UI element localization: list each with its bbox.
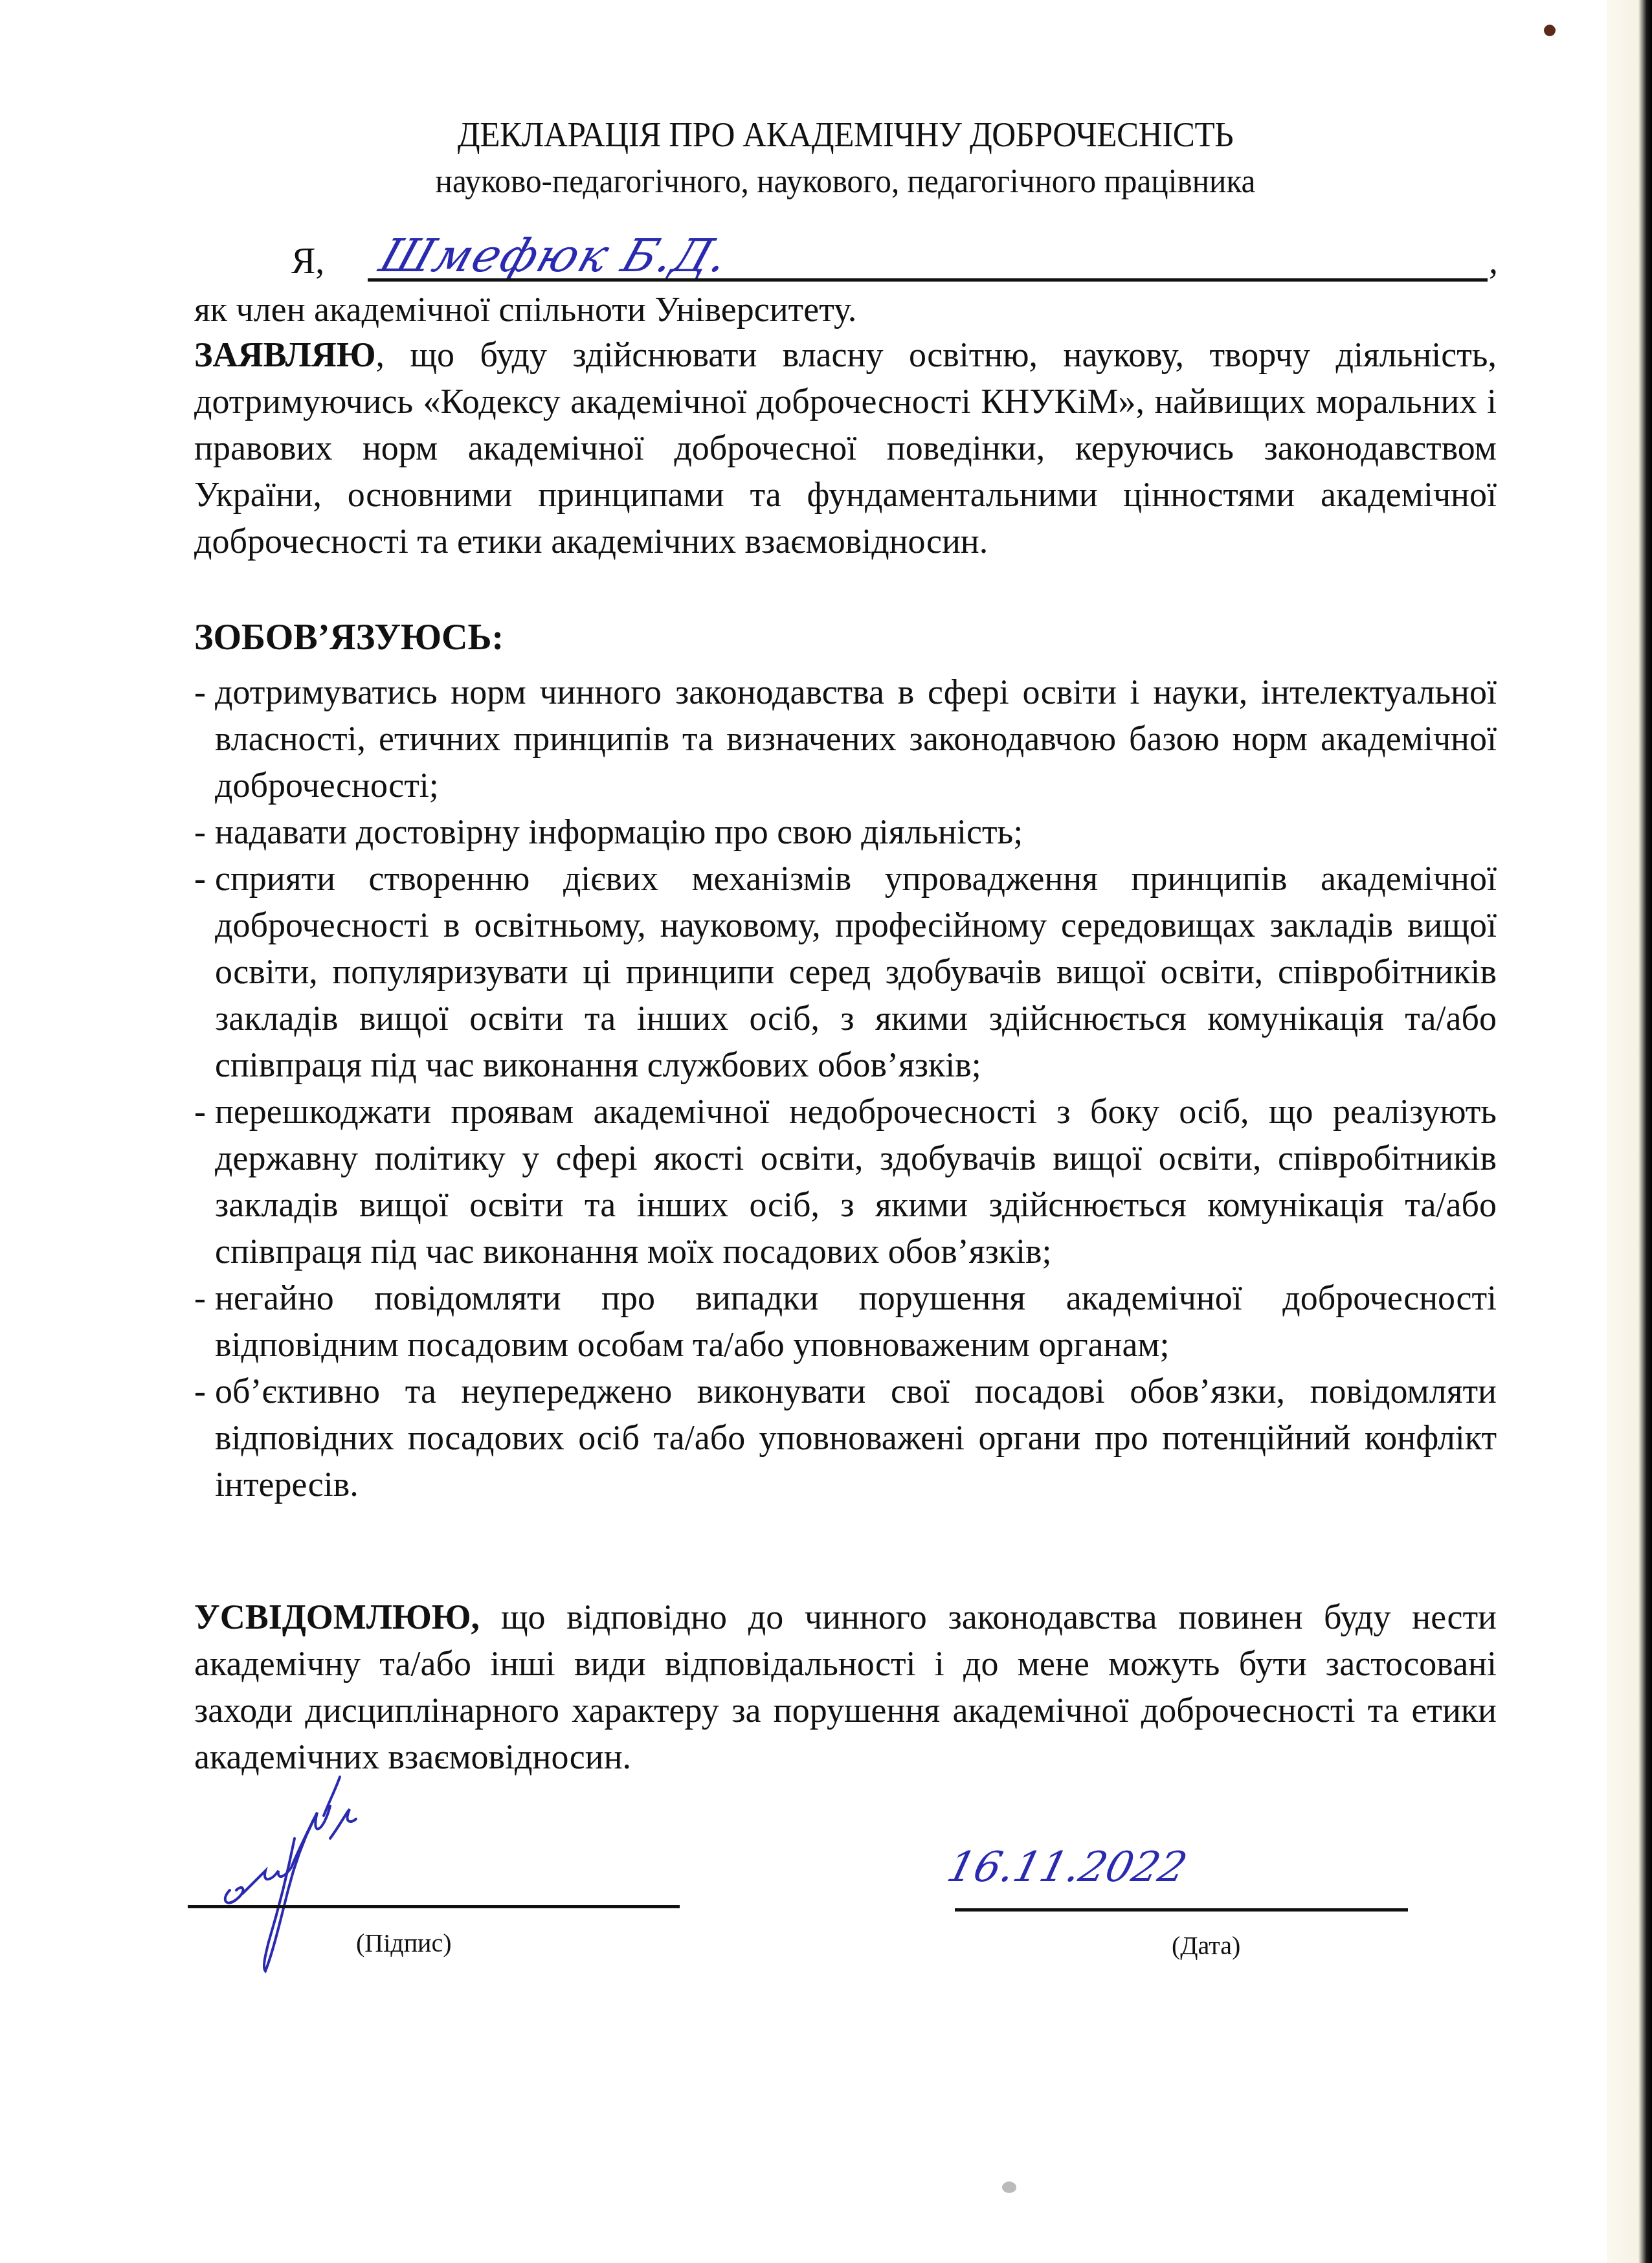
bullet-marker: - [194, 669, 206, 715]
commitment-text: об’єктивно та неупереджено виконувати св… [215, 1372, 1497, 1504]
signature-line [188, 1905, 680, 1908]
declare-paragraph: ЗАЯВЛЯЮ, що буду здійснювати власну осві… [194, 331, 1497, 564]
declare-text: , що буду здійснювати власну освітню, на… [194, 335, 1497, 561]
commitment-text: сприяти створенню дієвих механізмів упро… [215, 859, 1497, 1084]
commitment-item: -перешкоджати проявам академічної недобр… [194, 1088, 1497, 1275]
commitment-item: -об’єктивно та неупереджено виконувати с… [194, 1368, 1497, 1508]
commitment-item: -надавати достовірну інформацію про свою… [194, 808, 1497, 855]
signature-caption: (Підпис) [356, 1928, 452, 1958]
name-prefix: Я, [291, 241, 324, 282]
bullet-marker: - [194, 855, 206, 902]
document-subtitle: науково-педагогічного, наукового, педаго… [240, 162, 1451, 201]
scan-speck [1002, 2181, 1016, 2193]
aware-keyword: УСВІДОМЛЮЮ, [194, 1598, 480, 1636]
commitment-item: -сприяти створенню дієвих механізмів упр… [194, 855, 1497, 1088]
commit-heading: ЗОБОВ’ЯЗУЮСЬ: [194, 618, 504, 657]
commitment-text: надавати достовірну інформацію про свою … [215, 812, 1023, 851]
signature-block: (Підпис) 16.11.2022 (Дата) [194, 1761, 1497, 2020]
scan-edge [1607, 0, 1652, 2263]
commitment-text: дотримуватись норм чинного законодавства… [215, 673, 1497, 805]
commitment-text: негайно повідомляти про випадки порушенн… [215, 1278, 1497, 1364]
handwritten-date: 16.11.2022 [943, 1844, 1192, 1891]
name-underline [368, 278, 1488, 282]
date-caption: (Дата) [1172, 1930, 1240, 1961]
bullet-marker: - [194, 808, 206, 855]
commitment-item: -негайно повідомляти про випадки порушен… [194, 1275, 1497, 1368]
commitment-text: перешкоджати проявам академічної недобро… [215, 1092, 1497, 1271]
name-field-row: Я, Шмефюк Б.Д. , [194, 233, 1497, 291]
declare-keyword: ЗАЯВЛЯЮ [194, 335, 376, 374]
date-line [955, 1908, 1408, 1912]
commitments-list: -дотримуватись норм чинного законодавств… [194, 669, 1497, 1508]
bullet-marker: - [194, 1275, 206, 1321]
commitment-item: -дотримуватись норм чинного законодавств… [194, 669, 1497, 808]
member-line: як член академічної спільноти Університе… [194, 290, 856, 329]
handwritten-name: Шмефюк Б.Д. [374, 229, 737, 282]
bullet-marker: - [194, 1368, 206, 1414]
bullet-marker: - [194, 1088, 206, 1135]
name-suffix: , [1489, 241, 1498, 282]
aware-paragraph: УСВІДОМЛЮЮ, що відповідно до чинного зак… [194, 1594, 1497, 1780]
scan-speck [1544, 25, 1556, 36]
document-title: ДЕКЛАРАЦІЯ ПРО АКАДЕМІЧНУ ДОБРОЧЕСНІСТЬ [240, 115, 1451, 154]
